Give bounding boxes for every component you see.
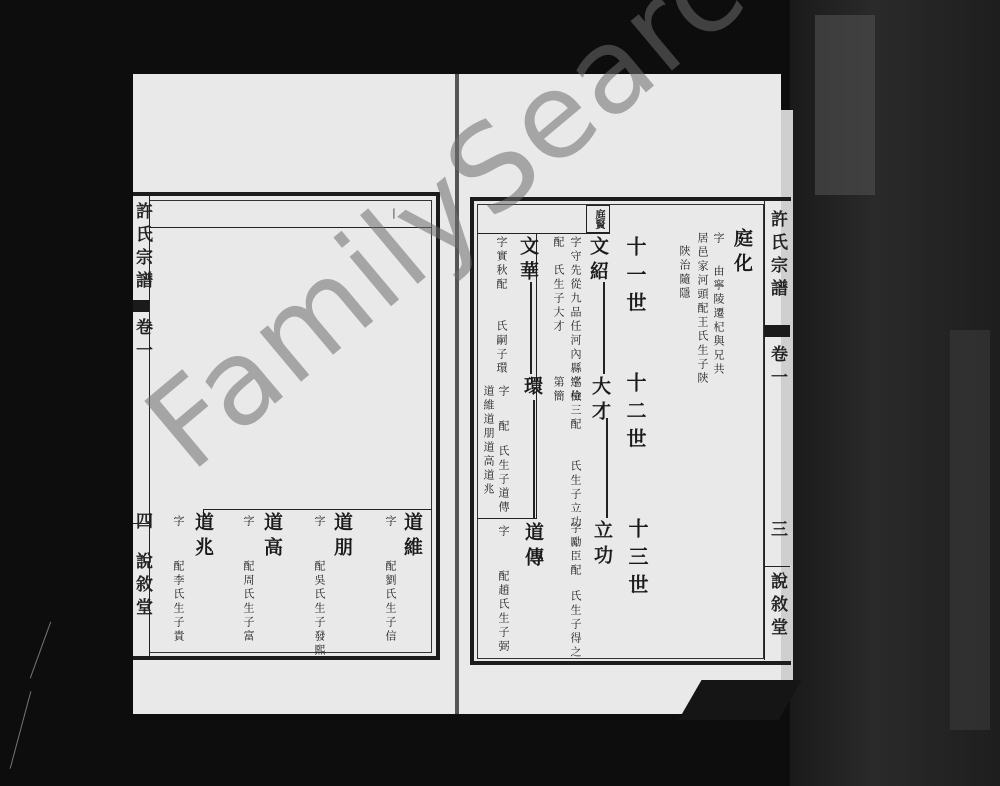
spouse-note: 配李氏生子貴: [173, 560, 184, 644]
spouse-note: 配劉氏生子信: [385, 560, 396, 644]
person-name: 道高: [262, 512, 281, 562]
person-name: 文華: [518, 236, 537, 286]
generation-label: 十一世: [625, 236, 645, 320]
courtesy-name-label: 字: [713, 232, 724, 246]
generation-label: 十三世: [627, 518, 647, 602]
fish-tail-mark: [133, 300, 149, 312]
biography-note: 第簡: [553, 376, 564, 404]
person-name: 道兆: [193, 512, 212, 562]
biography-note: 配 氏生子大才: [553, 236, 564, 334]
person-name: 庭化: [732, 228, 751, 278]
right-margin-rule: [764, 200, 765, 660]
courtesy-name-label: 字: [385, 515, 396, 529]
biography-note: 氏生子立功: [570, 460, 581, 530]
biography-note: 字實秋配: [496, 236, 507, 292]
volume-label-right: 卷一: [768, 345, 785, 391]
person-name: 立功: [592, 520, 611, 570]
book-cover-corner: [678, 680, 801, 720]
lineage-line: [603, 282, 605, 374]
person-name: 道傳: [523, 522, 542, 572]
biography-note: 陝治隨隱: [679, 245, 690, 301]
biography-note: 字勵臣配: [570, 522, 581, 578]
courtesy-name-label: 字: [173, 515, 184, 529]
courtesy-name-label: 字: [498, 525, 509, 539]
biography-note: 字位三配: [570, 376, 581, 432]
courtesy-name-label: 字: [243, 515, 254, 529]
generation-connector: [203, 509, 432, 510]
biography-note: 氏生子道傳: [498, 445, 509, 515]
film-scratch: [30, 622, 51, 679]
fish-tail-mark: [764, 325, 790, 337]
biography-note: 居邑家河頭配王氏生子陝: [697, 232, 708, 386]
spouse-note: 配周氏生子富: [243, 560, 254, 644]
film-scratch: [10, 691, 32, 769]
generation-label: 十二世: [625, 372, 645, 456]
courtesy-name-label: 字: [314, 515, 325, 529]
person-name: 環: [522, 376, 541, 401]
right-header-rule: [477, 233, 610, 234]
volume-label-left: 卷一: [133, 318, 150, 364]
background-patch: [950, 330, 990, 730]
page-number-right: 三: [768, 520, 785, 543]
biography-note: 氏生子得之: [570, 590, 581, 660]
lineage-line: [606, 418, 608, 518]
biography-note: 由寧陵遷杞與兄共: [713, 265, 724, 377]
children-list: 道維道朋道高道兆: [483, 385, 494, 497]
spouse-note: 配吳氏生子發熙: [314, 560, 325, 658]
biography-note: 配: [498, 420, 509, 434]
branch-box-rule: [477, 518, 537, 519]
lineage-line: [533, 400, 535, 518]
lineage-line: [530, 282, 532, 374]
left-header-rule: [149, 227, 432, 228]
book-gutter: [455, 74, 459, 714]
person-name: 道維: [402, 512, 421, 562]
hall-name-left: 說敘堂: [133, 552, 150, 621]
top-mark: 丨: [388, 208, 399, 222]
hall-name-right: 說敘堂: [768, 572, 785, 641]
margin-divider: [764, 566, 790, 567]
biography-note: 配趙氏生子弼: [498, 570, 509, 654]
biography-note: 氏嗣子環: [496, 320, 507, 376]
page-number-left: 四: [133, 512, 150, 535]
person-name: 道朋: [332, 512, 351, 562]
background-patch: [815, 15, 875, 195]
book-title-left: 許氏宗譜: [133, 202, 150, 294]
courtesy-name-label: 字: [498, 385, 509, 399]
person-name: 文紹: [588, 236, 607, 286]
book-title-right: 許氏宗譜: [768, 210, 785, 302]
branch-tag: 庭賢: [586, 205, 610, 233]
